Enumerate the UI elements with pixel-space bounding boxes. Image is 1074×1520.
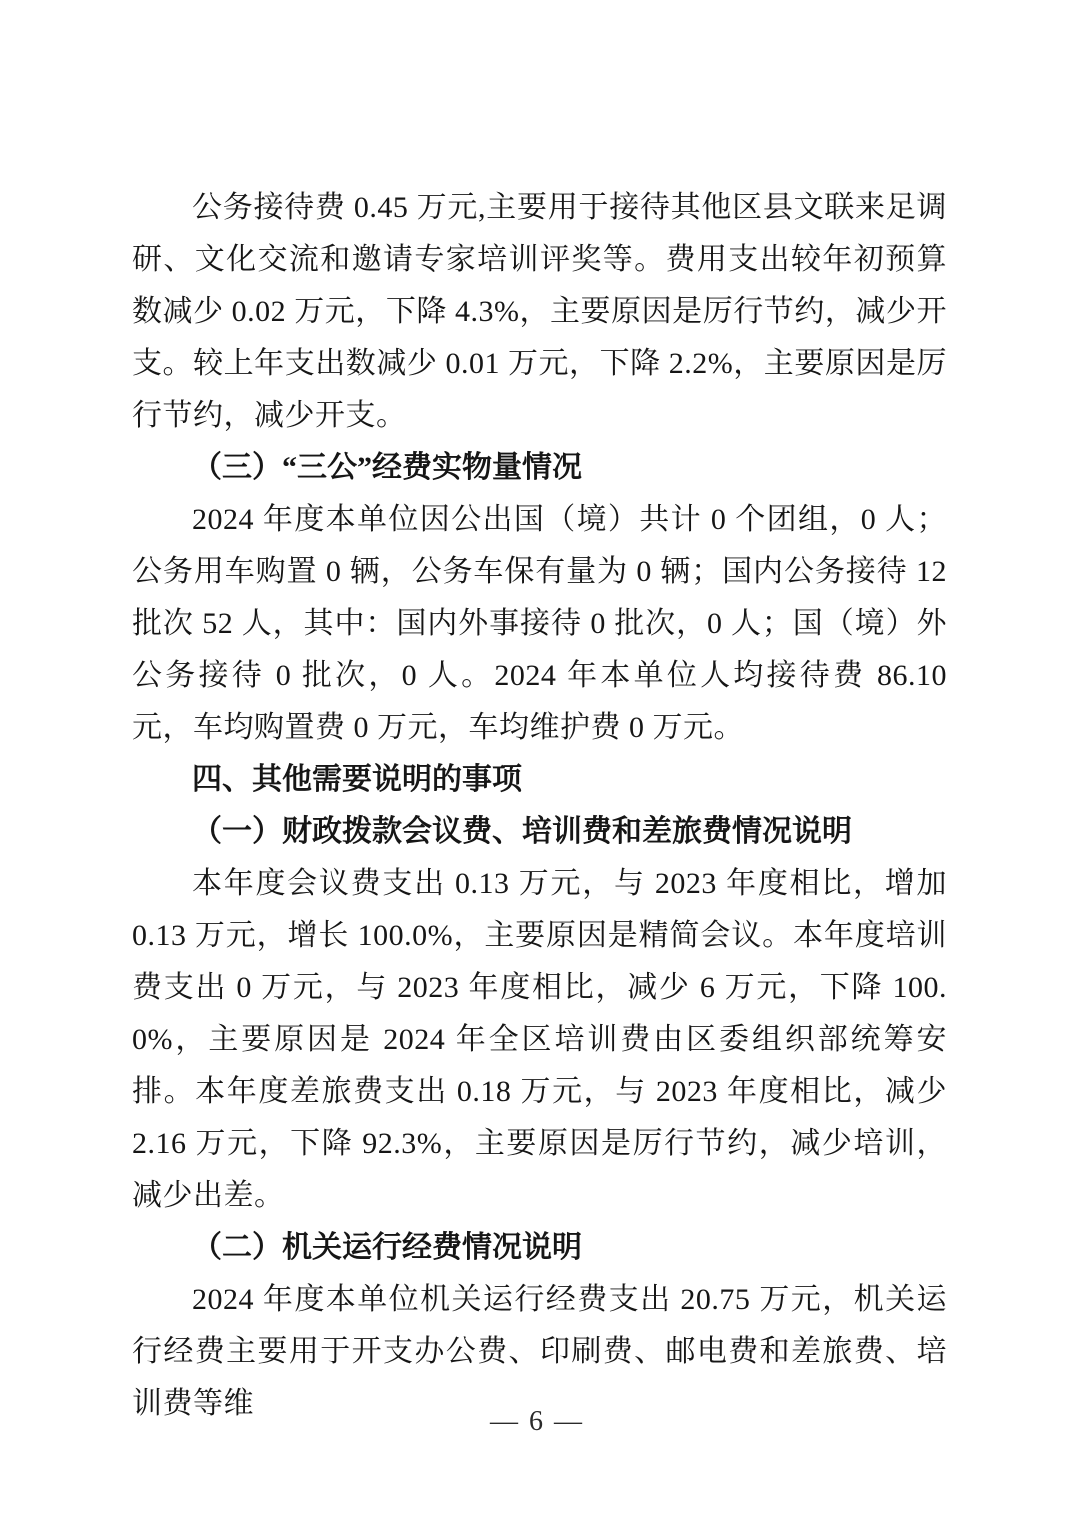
section-heading: （二）机关运行经费情况说明 — [132, 1222, 947, 1274]
section-heading: （三）“三公”经费实物量情况 — [132, 442, 947, 494]
paragraph: 本年度会议费支出 0.13 万元，与 2023 年度相比，增加 0.13 万元，… — [132, 858, 947, 1222]
section-heading: 四、其他需要说明的事项 — [132, 754, 947, 806]
paragraph: 2024 年度本单位因公出国（境）共计 0 个团组，0 人；公务用车购置 0 辆… — [132, 494, 947, 754]
document-page: 公务接待费 0.45 万元,主要用于接待其他区县文联来足调研、文化交流和邀请专家… — [0, 0, 1074, 1520]
paragraph: 公务接待费 0.45 万元,主要用于接待其他区县文联来足调研、文化交流和邀请专家… — [132, 182, 947, 442]
section-heading: （一）财政拨款会议费、培训费和差旅费情况说明 — [132, 806, 947, 858]
page-number: — 6 — — [0, 1402, 1074, 1442]
document-body: 公务接待费 0.45 万元,主要用于接待其他区县文联来足调研、文化交流和邀请专家… — [132, 182, 947, 1430]
